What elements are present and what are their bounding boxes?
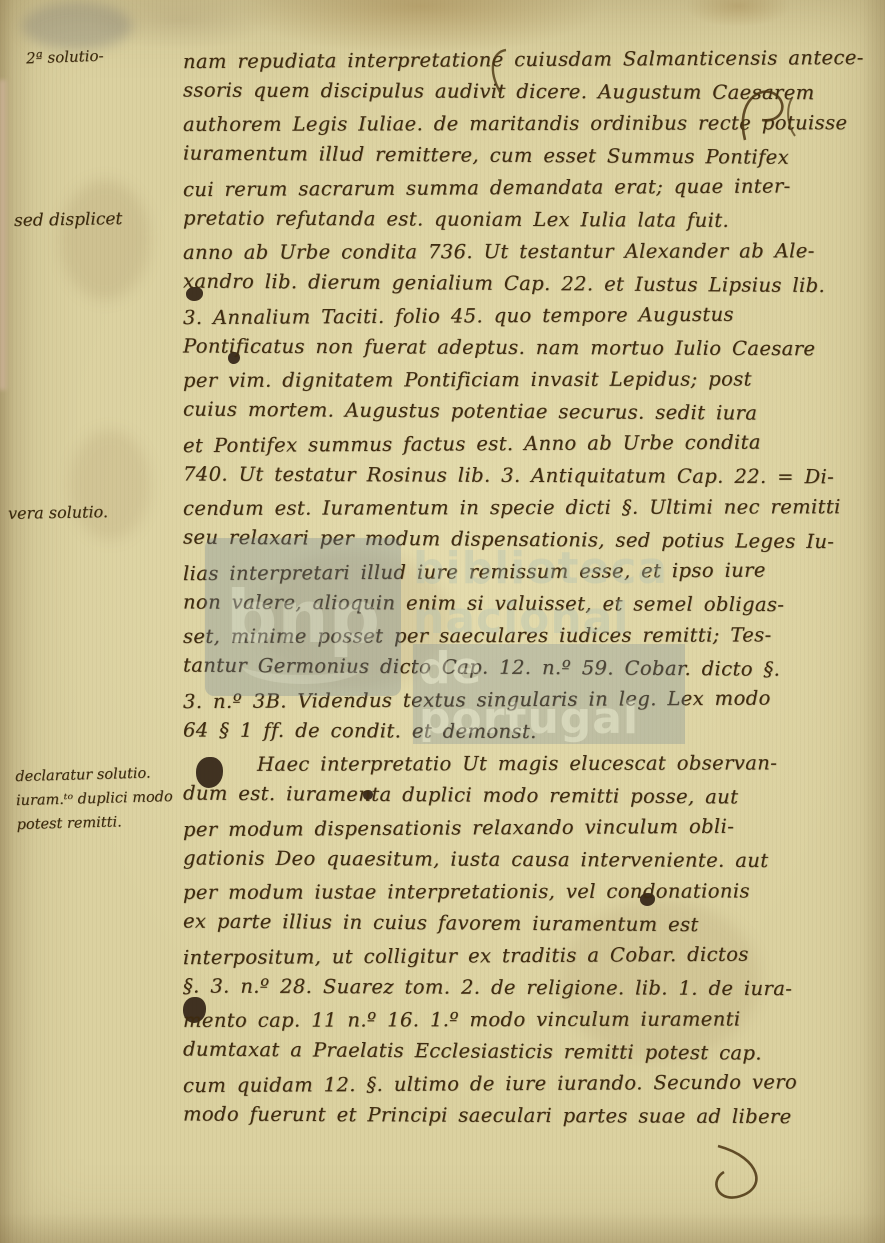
manuscript-line: ex parte illius in cuius favorem iuramen…: [183, 906, 883, 943]
manuscript-line: iuramentum illud remittere, cum esset Su…: [183, 138, 883, 175]
manuscript-line: cum quidam 12. §. ultimo de iure iurando…: [183, 1066, 883, 1102]
manuscript-page: 2ª solutio- sed displicet vera solutio. …: [0, 0, 885, 1243]
margin-note-secunda-solutio: 2ª solutio-: [26, 47, 104, 68]
manuscript-line: 3. n.º 3B. Videndus textus singularis in…: [183, 682, 883, 718]
manuscript-line: §. 3. n.º 28. Suarez tom. 2. de religion…: [183, 970, 883, 1005]
manuscript-line: per modum iustae interpretationis, vel c…: [183, 875, 883, 909]
margin-note-text: sed displicet: [14, 209, 123, 231]
corner-smudge: [22, 2, 132, 50]
manuscript-line: modo fuerunt et Principi saeculari parte…: [183, 1098, 883, 1133]
margin-note-text: vera solutio.: [8, 502, 108, 523]
manuscript-line: tantur Germonius dicto Cap. 12. n.º 59. …: [183, 650, 883, 687]
manuscript-line: per modum dispensationis relaxando vincu…: [183, 810, 883, 846]
margin-note-declaratur-solutio: declaratur solutio. iuram.ᵗᵒ duplici mod…: [15, 761, 177, 837]
manuscript-line: 64 § 1 ff. de condit. et demonst.: [183, 714, 883, 749]
margin-note-text: 2ª solutio-: [26, 47, 104, 68]
manuscript-line: seu relaxari per modum dispensationis, s…: [183, 522, 883, 559]
manuscript-line: pretatio refutanda est. quoniam Lex Iuli…: [183, 202, 883, 237]
manuscript-line: set, minime posset per saeculares iudice…: [183, 619, 883, 653]
manuscript-line: cuius mortem. Augustus potentiae securus…: [183, 394, 883, 431]
manuscript-text-block: nam repudiata interpretatione cuiusdam S…: [183, 44, 883, 1132]
manuscript-line: 3. Annalium Taciti. folio 45. quo tempor…: [183, 298, 883, 334]
manuscript-line: interpositum, ut colligitur ex traditis …: [183, 938, 883, 974]
manuscript-line: Pontificatus non fuerat adeptus. nam mor…: [183, 330, 883, 365]
manuscript-line: non valere, alioquin enim si valuisset, …: [183, 586, 883, 621]
manuscript-line: 740. Ut testatur Rosinus lib. 3. Antiqui…: [183, 458, 883, 493]
manuscript-line: Haec interpretatio Ut magis elucescat ob…: [183, 747, 883, 781]
margin-note-vera-solutio: vera solutio.: [8, 502, 108, 523]
manuscript-line: anno ab Urbe condita 736. Ut testantur A…: [183, 235, 883, 269]
manuscript-line: per vim. dignitatem Pontificiam invasit …: [183, 363, 883, 397]
page-edge-highlight: [0, 80, 9, 390]
manuscript-line: dumtaxat a Praelatis Ecclesiasticis remi…: [183, 1034, 883, 1071]
manuscript-line: et Pontifex summus factus est. Anno ab U…: [183, 426, 883, 462]
manuscript-line: dum est. iuramenta duplici modo remitti …: [183, 778, 883, 815]
margin-note-text: potest remitti.: [16, 809, 177, 837]
manuscript-line: nam repudiata interpretatione cuiusdam S…: [183, 42, 883, 78]
manuscript-line: xandro lib. dierum genialium Cap. 22. et…: [183, 266, 883, 303]
margin-note-sed-displicet: sed displicet: [14, 209, 123, 231]
manuscript-line: mento cap. 11 n.º 16. 1.º modo vinculum …: [183, 1003, 883, 1037]
manuscript-line: lias interpretari illud iure remissum es…: [183, 554, 883, 590]
bleedthrough-smudge: [70, 430, 150, 540]
manuscript-line: cendum est. Iuramentum in specie dicti §…: [183, 491, 883, 525]
manuscript-line: authorem Legis Iuliae. de maritandis ord…: [183, 107, 883, 141]
manuscript-line: gationis Deo quaesitum, iusta causa inte…: [183, 842, 883, 877]
bleedthrough-smudge: [60, 180, 150, 300]
margin-note-text: iuram.ᵗᵒ duplici modo: [16, 785, 177, 813]
manuscript-line: cui rerum sacrarum summa demandata erat;…: [183, 170, 883, 206]
manuscript-line: ssoris quem discipulus audivit dicere. A…: [183, 74, 883, 109]
